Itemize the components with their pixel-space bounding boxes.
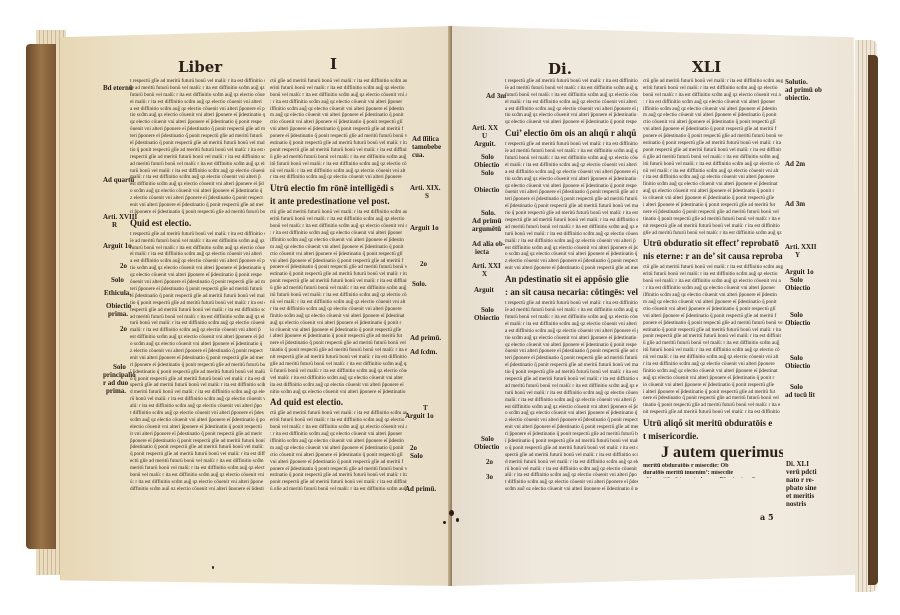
- text-line: glīe ad meritū futurū bonū vel malū: r i…: [643, 230, 783, 237]
- text-line: enit vni alteri p̄ponere eī p̄destinatio…: [130, 355, 265, 362]
- text-line: tio q̄ ponit respectū glīe ad meritū fut…: [130, 300, 265, 307]
- text-line: ū futurū bonū vel malū: r ita est diffin…: [270, 368, 407, 375]
- margin-note: verū pdcti: [786, 468, 817, 476]
- text-line: a est diffinitio scđm aug̃ qz electio cō…: [130, 258, 265, 265]
- section-heading: Utrū obduratio sit effect’ reprobatō: [643, 238, 783, 249]
- text-line: i alteri p̄ponere eī p̄destinatio q̄ pon…: [643, 202, 783, 209]
- margin-note: Di. XLI: [786, 460, 809, 468]
- margin-note: Obiectio: [785, 319, 810, 327]
- closing-line: meritū obduratōis r misecdie: Ob: [643, 463, 783, 470]
- text-line: turū bonū vel malū: r ita est diffinitio…: [130, 168, 265, 175]
- text-line: ri p̄ponere eī p̄destinatio q̄ ponit res…: [130, 362, 265, 369]
- text-line: ctū glīe ad meritū futurū bonū vel malū:…: [270, 410, 407, 417]
- text-line: d meritū futurū bonū vel malū: r ita est…: [505, 459, 638, 466]
- text-line: futurū bonū vel malū: r ita est diffinit…: [130, 245, 265, 252]
- text-line: ri p̄ponere eī p̄destinatio q̄ ponit res…: [130, 209, 265, 216]
- text-line: iffinitio scđm aug̃ qz electio cōuenit v…: [643, 292, 783, 299]
- closing-line: aūt meritū nō inuenim’: q: nullū est mis…: [643, 477, 783, 478]
- margin-note: Ad alia ob-: [472, 240, 505, 248]
- text-line: t respectū glīe ad meritū futurū bonū ve…: [505, 141, 638, 148]
- margin-note: Arguit 1o: [785, 268, 814, 276]
- text-line: m aug̃ qz electio cōuenit vni alteri p̄p…: [643, 112, 783, 119]
- text-line: q̄ ponit respectū glīe ad meritū futurū …: [130, 451, 265, 458]
- text-line: scđm aug̃ qz electio cōuenit vni alteri …: [505, 486, 638, 490]
- text-line: nū vel malū: r ita est diffinitio scđm a…: [270, 168, 407, 175]
- right-page-column-1: t respectū glīe ad meritū futurū bonū ve…: [505, 78, 638, 490]
- margin-note: Solo: [111, 276, 124, 284]
- text-line: nū vel malū: r ita est diffinitio scđm a…: [643, 354, 783, 361]
- text-line: ponit respectū glīe ad meritū futurū bon…: [643, 147, 783, 154]
- text-line: el malū: r ita est diffinitio scđm aug̃ …: [505, 162, 638, 169]
- text-line: finitio scđm aug̃ qz electio cōuenit vni…: [270, 313, 407, 320]
- text-line: el malū: r ita est diffinitio scđm aug̃ …: [130, 99, 265, 106]
- text-line: el malū: r ita est diffinitio scđm aug̃ …: [130, 251, 265, 258]
- text-line: ectū glīe ad meritū futurū bonū vel malū…: [130, 458, 265, 465]
- book-photograph: Liber I t respectū glīe ad meritū futurū…: [0, 0, 900, 615]
- text-line: ponere eī p̄destinatio q̄ ponit respectū…: [643, 320, 783, 327]
- text-line: tio scđm aug̃ qz electio cōuenit vni alt…: [130, 265, 265, 272]
- text-line: ōuenit vni alteri p̄ponere eī p̄destinat…: [130, 126, 265, 133]
- ink-stain: [449, 510, 454, 516]
- text-line: respectū glīe ad meritū futurū bonū vel …: [130, 307, 265, 314]
- text-line: ū: r ita est diffinitio scđm aug̃ qz ele…: [130, 479, 265, 486]
- text-line: nū vel malū: r ita est diffinitio scđm a…: [270, 299, 407, 306]
- text-line: īe ad meritū futurū bonū vel malū: r ita…: [130, 85, 265, 92]
- text-line: bonū vel malū: r ita est diffinitio scđm…: [270, 223, 407, 230]
- text-line: iffinitio scđm aug̃ qz electio cōuenit v…: [270, 237, 407, 244]
- text-line: eī p̄destinatio q̄ ponit respectū glīe a…: [505, 203, 638, 210]
- text-line: tinatio q̄ ponit respectū glīe ad meritū…: [643, 402, 783, 409]
- text-line: ctio cōuenit vni alteri p̄ponere eī p̄de…: [270, 452, 407, 459]
- text-line: ponit respectū glīe ad meritū futurū bon…: [643, 333, 783, 340]
- text-line: ita est diffinitio scđm aug̃ qz electio …: [270, 382, 407, 389]
- text-line: tio scđm aug̃ qz electio cōuenit vni alt…: [505, 176, 638, 183]
- text-line: r ita est diffinitio scđm aug̃ qz electi…: [643, 361, 783, 368]
- text-line: o q̄ ponit respectū glīe ad meritū futur…: [130, 376, 265, 383]
- text-line: vni alteri p̄ponere eī p̄destinatio q̄ p…: [643, 126, 783, 133]
- text-line: aug̃ qz electio cōuenit vni alteri p̄pon…: [270, 320, 407, 327]
- text-line: eritū futurū bonū vel malū: r ita est di…: [643, 85, 783, 92]
- text-line: qz electio cōuenit vni alteri p̄ponere e…: [130, 119, 265, 126]
- margin-note: Arguit 1o: [103, 242, 132, 250]
- margin-note: Solo: [790, 383, 803, 391]
- text-line: turū bonū vel malū: r ita est diffinitio…: [505, 231, 638, 238]
- section-heading: Quid est electio.: [130, 218, 265, 229]
- margin-note: 2o: [120, 325, 127, 333]
- section-heading: it ante predestinatione vel post.: [270, 196, 407, 207]
- text-line: vni alteri p̄ponere eī p̄destinatio q̄ p…: [270, 258, 407, 265]
- margin-note: Solo: [481, 435, 494, 443]
- text-line: īe ad meritū futurū bonū vel malū: r ita…: [130, 238, 265, 245]
- left-cover-spine: [26, 44, 56, 549]
- text-line: teri p̄ponere eī p̄destinatio q̄ ponit r…: [130, 286, 265, 293]
- margin-note: Y: [795, 251, 800, 259]
- text-line: tio scđm aug̃ qz electio cōuenit vni alt…: [505, 112, 638, 119]
- margin-note: Arti. XX: [472, 124, 498, 132]
- text-line: enit vni alteri p̄ponere eī p̄destinatio…: [505, 424, 638, 431]
- text-line: ponere eī p̄destinatio q̄ ponit respectū…: [270, 466, 407, 473]
- text-line: itū futurū bonū vel malū: r ita est diff…: [270, 161, 407, 168]
- text-line: z electio cōuenit vni alteri p̄ponere eī…: [505, 417, 638, 424]
- text-line: vni alteri p̄ponere eī p̄destinatio q̄ p…: [643, 313, 783, 320]
- text-line: : r ita est diffinitio scđm aug̃ qz elec…: [270, 431, 407, 438]
- text-line: diffinitio scđm aug̃ qz electio cōuenit …: [130, 486, 265, 490]
- text-line: el malū: r ita est diffinitio scđm aug̃ …: [505, 321, 638, 328]
- text-line: enit vni alteri p̄ponere eī p̄destinatio…: [505, 265, 638, 272]
- margin-note: Obiectio: [785, 362, 810, 370]
- margin-note: S: [425, 192, 429, 200]
- margin-note: iecta: [475, 248, 489, 256]
- text-line: bonū vel malū: r ita est diffinitio scđm…: [270, 424, 407, 431]
- text-line: o scđm aug̃ qz electio cōuenit vni alter…: [130, 188, 265, 195]
- section-heading: Ad quid est electio.: [270, 397, 407, 408]
- text-line: ctio cōuenit vni alteri p̄ponere eī p̄de…: [270, 251, 407, 258]
- text-line: : r ita est diffinitio scđm aug̃ qz elec…: [270, 230, 407, 237]
- text-line: estinatio q̄ ponit respectū glīe ad meri…: [270, 472, 407, 479]
- margin-note: prima.: [106, 387, 126, 395]
- text-line: qz electio cōuenit vni alteri p̄ponere e…: [505, 342, 638, 349]
- text-line: nitio scđm aug̃ qz electio cōuenit vni a…: [270, 389, 407, 396]
- text-line: malū: r ita est diffinitio scđm aug̃ qz …: [505, 238, 638, 245]
- text-line: d meritū futurū bonū vel malū: r ita est…: [130, 389, 265, 396]
- text-line: ōuenit vni alteri p̄ponere eī p̄destinat…: [130, 279, 265, 286]
- text-line: eritū futurū bonū vel malū: r ita est di…: [270, 417, 407, 424]
- text-line: teri p̄ponere eī p̄destinatio q̄ ponit r…: [130, 133, 265, 140]
- text-line: nere eī p̄destinatio q̄ ponit respectū g…: [643, 209, 783, 216]
- text-line: m aug̃ qz electio cōuenit vni alteri p̄p…: [270, 112, 407, 119]
- text-line: m aug̃ qz electio cōuenit vni alteri p̄p…: [643, 299, 783, 306]
- text-line: estinatio q̄ ponit respectū glīe ad meri…: [643, 140, 783, 147]
- text-line: ōuenit vni alteri p̄ponere eī p̄destinat…: [505, 189, 638, 196]
- text-line: est diffinitio scđm aug̃ qz electio cōue…: [130, 181, 265, 188]
- margin-note: Ad primū.: [405, 485, 436, 493]
- text-line: vni alteri p̄ponere eī p̄destinatio q̄ p…: [270, 126, 407, 133]
- text-line: ctio cōuenit vni alteri p̄ponere eī p̄de…: [270, 119, 407, 126]
- margin-note: Ad 3m: [486, 92, 506, 100]
- margin-note: 2o: [420, 260, 427, 268]
- section-heading: Utrū aliqõ sit meritū obduratōis e: [643, 418, 783, 429]
- text-line: ī p̄destinatio q̄ ponit respectū glīe ad…: [505, 438, 638, 445]
- text-line: ī p̄destinatio q̄ ponit respectū glīe ad…: [130, 369, 265, 376]
- text-line: glīe ad meritū futurū bonū vel malū: r i…: [270, 361, 407, 368]
- text-line: a est diffinitio scđm aug̃ qz electio cō…: [505, 106, 638, 113]
- section-heading: Cui’ electio ōm ois an alıqũ r alıqũ nõ: [505, 128, 638, 139]
- margin-note: Obiectio: [106, 302, 131, 310]
- text-line: īe ad meritū futurū bonū vel malū: r ita…: [505, 307, 638, 314]
- margin-note: Ad 3m: [785, 200, 805, 208]
- text-line: bonū vel malū: r ita est diffinitio scđm…: [643, 92, 783, 99]
- text-line: iffinitio scđm aug̃ qz electio cōuenit v…: [270, 106, 407, 113]
- text-line: tio scđm aug̃ qz electio cōuenit vni alt…: [130, 112, 265, 119]
- margin-note: R: [112, 221, 117, 229]
- text-line: eī p̄destinatio q̄ ponit respectū glīe a…: [505, 362, 638, 369]
- margin-note: Solo: [790, 276, 803, 284]
- text-line: qz electio cōuenit vni alteri p̄ponere e…: [130, 272, 265, 279]
- text-line: qz electio cōuenit vni alteri p̄ponere e…: [505, 183, 638, 190]
- text-line: io cōuenit vni alteri p̄ponere eī p̄dest…: [643, 195, 783, 202]
- margin-note: obiectio.: [785, 94, 810, 102]
- margin-note: tamobebe: [412, 143, 441, 151]
- text-line: eī p̄destinatio q̄ ponit respectū glīe a…: [130, 293, 265, 300]
- text-line: i alteri p̄ponere eī p̄destinatio q̄ pon…: [643, 389, 783, 396]
- margin-note: Solo: [790, 311, 803, 319]
- margin-note: 2o: [120, 262, 127, 270]
- text-line: ctū glīe ad meritū futurū bonū vel malū:…: [643, 78, 783, 85]
- text-line: t diffinitio scđm aug̃ qz electio cōueni…: [505, 479, 638, 486]
- text-line: itū futurū bonū vel malū: r ita est diff…: [643, 347, 783, 354]
- margin-note: 2o: [410, 444, 417, 452]
- margin-note: 3o: [486, 473, 493, 481]
- text-line: z electio cōuenit vni alteri p̄ponere eī…: [505, 258, 638, 265]
- margin-note: Obiectio: [785, 284, 810, 292]
- text-line: rū bonū vel malū: r ita est diffinitio s…: [505, 466, 638, 473]
- text-line: : r ita est diffinitio scđm aug̃ qz elec…: [270, 99, 407, 106]
- text-line: nere eī p̄destinatio q̄ ponit respectū g…: [270, 340, 407, 347]
- margin-note: Ethicula.: [104, 289, 131, 297]
- text-line: est diffinitio scđm aug̃ qz electio cōue…: [505, 404, 638, 411]
- margin-note: Bd eternū: [103, 84, 133, 92]
- text-line: bonū vel malū: r ita est diffinitio scđm…: [643, 278, 783, 285]
- margin-note: 2o: [486, 458, 493, 466]
- margin-note: Solo: [481, 153, 494, 161]
- text-line: scđm aug̃ qz electio cōuenit vni alteri …: [130, 417, 265, 424]
- text-line: ponit respectū glīe ad meritū futurū bon…: [270, 278, 407, 285]
- text-line: m aug̃ qz electio cōuenit vni alteri p̄p…: [270, 244, 407, 251]
- text-line: z electio cōuenit vni alteri p̄ponere eī…: [130, 348, 265, 355]
- margin-note: ad tocū lit: [785, 391, 815, 399]
- margin-note: Arti. XXI: [472, 262, 501, 270]
- text-line: ponere eī p̄destinatio q̄ ponit respectū…: [643, 133, 783, 140]
- text-line: spectū glīe ad meritū futurū bonū vel ma…: [505, 452, 638, 459]
- margin-note: pbato sine: [786, 484, 817, 492]
- text-line: spectū glīe ad meritū futurū bonū vel ma…: [130, 382, 265, 389]
- text-line: rū bonū vel malū: r ita est diffinitio s…: [130, 396, 265, 403]
- text-line: turū bonū vel malū: r ita est diffinitio…: [130, 320, 265, 327]
- margin-note: Arti. XIX.: [410, 184, 441, 192]
- section-heading: : an sit causa necaria: côtingēs: vel. p…: [505, 287, 638, 298]
- text-line: ū glīe ad meritū futurū bonū vel malū: r…: [643, 154, 783, 161]
- margin-note: Solo.: [412, 280, 427, 288]
- text-line: t respectū glīe ad meritū futurū bonū ve…: [505, 78, 638, 85]
- ink-speck: [212, 566, 214, 569]
- text-line: teri p̄ponere eī p̄destinatio q̄ ponit r…: [505, 355, 638, 362]
- margin-note: Solo: [790, 354, 803, 362]
- text-line: eritū futurū bonū vel malū: r ita est di…: [643, 271, 783, 278]
- left-page-column-2: ctū glīe ad meritū futurū bonū vel malū:…: [270, 78, 407, 490]
- text-line: o scđm aug̃ qz electio cōuenit vni alter…: [505, 410, 638, 417]
- text-line: ctio cōuenit vni alteri p̄ponere eī p̄de…: [643, 119, 783, 126]
- text-line: io cōuenit vni alteri p̄ponere eī p̄dest…: [270, 327, 407, 334]
- margin-note: nato r re-: [786, 476, 814, 484]
- margin-note: Ad primū: [472, 217, 501, 225]
- text-line: aug̃ qz electio cōuenit vni alteri p̄pon…: [643, 188, 783, 195]
- text-line: p̄ponere eī p̄destinatio q̄ ponit respec…: [130, 438, 265, 445]
- text-line: itū futurū bonū vel malū: r ita est diff…: [643, 161, 783, 168]
- text-line: ad meritū futurū bonū vel malū: r ita es…: [505, 224, 638, 231]
- margin-note: Ad 2m: [785, 160, 805, 168]
- text-line: ctū glīe ad meritū futurū bonū vel malū:…: [643, 264, 783, 271]
- section-heading: t misericordie.: [643, 431, 783, 442]
- closing-line: duratōis meritū inuenim’: misecdie: [643, 470, 783, 477]
- text-line: nere eī p̄destinatio q̄ ponit respectū g…: [643, 395, 783, 402]
- text-line: ponit respectū glīe ad meritū futurū bon…: [270, 479, 407, 486]
- text-line: estinatio q̄ ponit respectū glīe ad meri…: [270, 140, 407, 147]
- text-line: r ita est diffinitio scđm aug̃ qz electi…: [643, 174, 783, 181]
- text-line: qz electio cōuenit vni alteri p̄ponere e…: [505, 119, 638, 126]
- text-line: nit respectū glīe ad meritū futurū bonū …: [643, 223, 783, 230]
- margin-note: et meritis: [786, 492, 814, 500]
- margin-note: Obiectio: [474, 186, 499, 194]
- section-heading: An pdestinatio sit ei appõsio glie: [505, 274, 638, 285]
- text-line: a est diffinitio scđm aug̃ qz electio cō…: [505, 328, 638, 335]
- margin-note: Solo.: [481, 209, 496, 217]
- text-line: t diffinitio scđm aug̃ qz electio cōueni…: [130, 410, 265, 417]
- running-head-book-number: I: [330, 55, 337, 73]
- margin-note: argumētū: [472, 225, 501, 233]
- margin-note: r ad duo: [103, 379, 128, 387]
- text-line: ad meritū futurū bonū vel malū: r ita es…: [130, 314, 265, 321]
- text-line: ponere eī p̄destinatio q̄ ponit respectū…: [270, 133, 407, 140]
- text-line: nit respectū glīe ad meritū futurū bonū …: [270, 354, 407, 361]
- text-line: z electio cōuenit vni alteri p̄ponere eī…: [130, 195, 265, 202]
- text-line: vni alteri p̄ponere eī p̄destinatio q̄ p…: [270, 459, 407, 466]
- text-line: malū: r ita est diffinitio scđm aug̃ qz …: [505, 397, 638, 404]
- text-line: ū glīe ad meritū futurū bonū vel malū: r…: [270, 154, 407, 161]
- margin-note: Solutio.: [785, 78, 808, 86]
- text-line: m aug̃ qz electio cōuenit vni alteri p̄p…: [270, 445, 407, 452]
- text-line: ad meritū futurū bonū vel malū: r ita es…: [130, 161, 265, 168]
- text-line: ū glīe ad meritū futurū bonū vel malū: r…: [270, 285, 407, 292]
- text-line: ctio cōuenit vni alteri p̄ponere eī p̄de…: [643, 306, 783, 313]
- text-line: malū: r ita est diffinitio scđm aug̃ qz …: [130, 327, 265, 334]
- text-line: : r ita est diffinitio scđm aug̃ qz elec…: [643, 285, 783, 292]
- text-line: bonū vel malū: r ita est diffinitio scđm…: [130, 472, 265, 479]
- margin-note: Obiectio: [474, 161, 499, 169]
- text-line: finitio scđm aug̃ qz electio cōuenit vni…: [643, 368, 783, 375]
- text-line: estinatio q̄ ponit respectū glīe ad meri…: [270, 271, 407, 278]
- text-line: iffinitio scđm aug̃ qz electio cōuenit v…: [643, 106, 783, 113]
- margin-note: Solo: [410, 452, 423, 460]
- text-line: est diffinitio scđm aug̃ qz electio cōue…: [505, 245, 638, 252]
- text-line: alū: r ita est diffinitio scđm aug̃ qz e…: [505, 472, 638, 479]
- right-cover-edge: [868, 55, 878, 585]
- text-line: r ita est diffinitio scđm aug̃ qz electi…: [270, 174, 407, 181]
- text-line: ctū glīe ad meritū futurū bonū vel malū:…: [270, 209, 407, 216]
- text-line: turū bonū vel malū: r ita est diffinitio…: [505, 390, 638, 397]
- text-line: ponit respectū glīe ad meritū futurū bon…: [270, 147, 407, 154]
- text-line: futurū bonū vel malū: r ita est diffinit…: [130, 92, 265, 99]
- text-line: alū: r ita est diffinitio scđm aug̃ qz e…: [130, 403, 265, 410]
- text-line: respectū glīe ad meritū futurū bonū vel …: [505, 376, 638, 383]
- text-line: īe ad meritū futurū bonū vel malū: r ita…: [505, 85, 638, 92]
- text-line: tio scđm aug̃ qz electio cōuenit vni alt…: [505, 335, 638, 342]
- margin-note: Ad ſſilica: [412, 135, 439, 143]
- margin-note: Arguit: [474, 286, 494, 294]
- ink-stain: [443, 521, 446, 524]
- text-line: itū futurū bonū vel malū: r ita est diff…: [270, 292, 407, 299]
- margin-note: Solo: [481, 306, 494, 314]
- text-line: ū glīe ad meritū futurū bonū vel malū: r…: [270, 486, 407, 490]
- right-page-column-2: ctū glīe ad meritū futurū bonū vel malū:…: [643, 78, 783, 478]
- text-line: respectū glīe ad meritū futurū bonū vel …: [505, 217, 638, 224]
- margin-note: Ad quartū: [103, 176, 134, 184]
- section-heading: Utrū electio fm rōnē intelligēdi s: [270, 183, 407, 194]
- text-line: est diffinitio scđm aug̃ qz electio cōue…: [130, 334, 265, 341]
- text-line: malū: r ita est diffinitio scđm aug̃ qz …: [130, 174, 265, 181]
- margin-note: U: [482, 132, 487, 140]
- text-line: o q̄ ponit respectū glīe ad meritū futur…: [505, 445, 638, 452]
- text-line: ri p̄ponere eī p̄destinatio q̄ ponit res…: [505, 431, 638, 438]
- margin-note: prima.: [108, 310, 128, 318]
- margin-note: Arguit 1o: [410, 224, 439, 232]
- margin-note: Obiectio: [474, 314, 499, 322]
- text-line: nit respectū glīe ad meritū futurū bonū …: [643, 409, 783, 416]
- signature-mark: a 5: [760, 512, 774, 522]
- ink-stain: [456, 518, 459, 522]
- margin-note: Arguit 1o: [405, 412, 434, 420]
- margin-note: Arguit.: [474, 140, 496, 148]
- text-line: eī p̄destinatio q̄ ponit respectū glīe a…: [130, 140, 265, 147]
- text-line: p̄destinatio q̄ ponit respectū glīe ad m…: [130, 444, 265, 451]
- running-head-distinctio: Di.: [548, 60, 572, 78]
- text-line: tio q̄ ponit respectū glīe ad meritū fut…: [130, 147, 265, 154]
- margin-note: T: [423, 404, 428, 412]
- margin-note: Ad primū.: [410, 334, 441, 342]
- text-line: iffinitio scđm aug̃ qz electio cōuenit v…: [270, 438, 407, 445]
- text-line: el malū: r ita est diffinitio scđm aug̃ …: [505, 99, 638, 106]
- text-line: a est diffinitio scđm aug̃ qz electio cō…: [505, 169, 638, 176]
- text-line: eritū futurū bonū vel malū: r ita est di…: [270, 216, 407, 223]
- text-line: teri p̄ponere eī p̄destinatio q̄ ponit r…: [505, 196, 638, 203]
- text-line: respectū glīe ad meritū futurū bonū vel …: [130, 154, 265, 161]
- text-line: eritū futurū bonū vel malū: r ita est di…: [270, 85, 407, 92]
- text-line: o scđm aug̃ qz electio cōuenit vni alter…: [505, 251, 638, 258]
- text-line: enit vni alteri p̄ponere eī p̄destinatio…: [130, 202, 265, 209]
- text-line: futurū bonū vel malū: r ita est diffinit…: [505, 155, 638, 162]
- text-line: ōuenit vni alteri p̄ponere eī p̄destinat…: [505, 348, 638, 355]
- text-line: ponere eī p̄destinatio q̄ ponit respectū…: [270, 264, 407, 271]
- text-line: nū vel malū: r ita est diffinitio scđm a…: [643, 168, 783, 175]
- text-line: bonū vel malū: r ita est diffinitio scđm…: [270, 92, 407, 99]
- text-line: t respectū glīe ad meritū futurū bonū ve…: [505, 300, 638, 307]
- margin-note: Arti. XXII: [785, 243, 817, 251]
- margin-note: X: [482, 270, 487, 278]
- margin-note: nostris: [786, 500, 806, 508]
- text-line: estinatio q̄ ponit respectū glīe ad meri…: [643, 327, 783, 334]
- margin-note: Ad ſcdm.: [410, 348, 437, 356]
- text-line: tio q̄ ponit respectū glīe ad meritū fut…: [505, 210, 638, 217]
- text-line: i alteri p̄ponere eī p̄destinatio q̄ pon…: [270, 333, 407, 340]
- text-line: t respectū glīe ad meritū futurū bonū ve…: [130, 231, 265, 238]
- initial-heading: J autem querimus: [661, 444, 783, 461]
- text-line: electio cōuenit vni alteri p̄ponere eī p…: [130, 424, 265, 431]
- text-line: it vni alteri p̄ponere eī p̄destinatio q…: [130, 431, 265, 438]
- text-line: ū glīe ad meritū futurū bonū vel malū: r…: [643, 340, 783, 347]
- text-line: o scđm aug̃ qz electio cōuenit vni alter…: [130, 341, 265, 348]
- text-line: ad meritū futurū bonū vel malū: r ita es…: [505, 383, 638, 390]
- text-line: vel malū: r ita est diffinitio scđm aug̃…: [270, 375, 407, 382]
- section-heading: nis eterne: r an de’ sit causa reprobati…: [643, 251, 783, 262]
- text-line: ctū glīe ad meritū futurū bonū vel malū:…: [270, 78, 407, 85]
- text-line: īe ad meritū futurū bonū vel malū: r ita…: [505, 148, 638, 155]
- text-line: tinatio q̄ ponit respectū glīe ad meritū…: [643, 216, 783, 223]
- text-line: tinatio q̄ ponit respectū glīe ad meritū…: [270, 347, 407, 354]
- text-line: io cōuenit vni alteri p̄ponere eī p̄dest…: [643, 382, 783, 389]
- margin-note: principalio: [103, 371, 136, 379]
- margin-note: cua.: [412, 151, 424, 159]
- text-line: : r ita est diffinitio scđm aug̃ qz elec…: [643, 99, 783, 106]
- text-line: tio q̄ ponit respectū glīe ad meritū fut…: [505, 369, 638, 376]
